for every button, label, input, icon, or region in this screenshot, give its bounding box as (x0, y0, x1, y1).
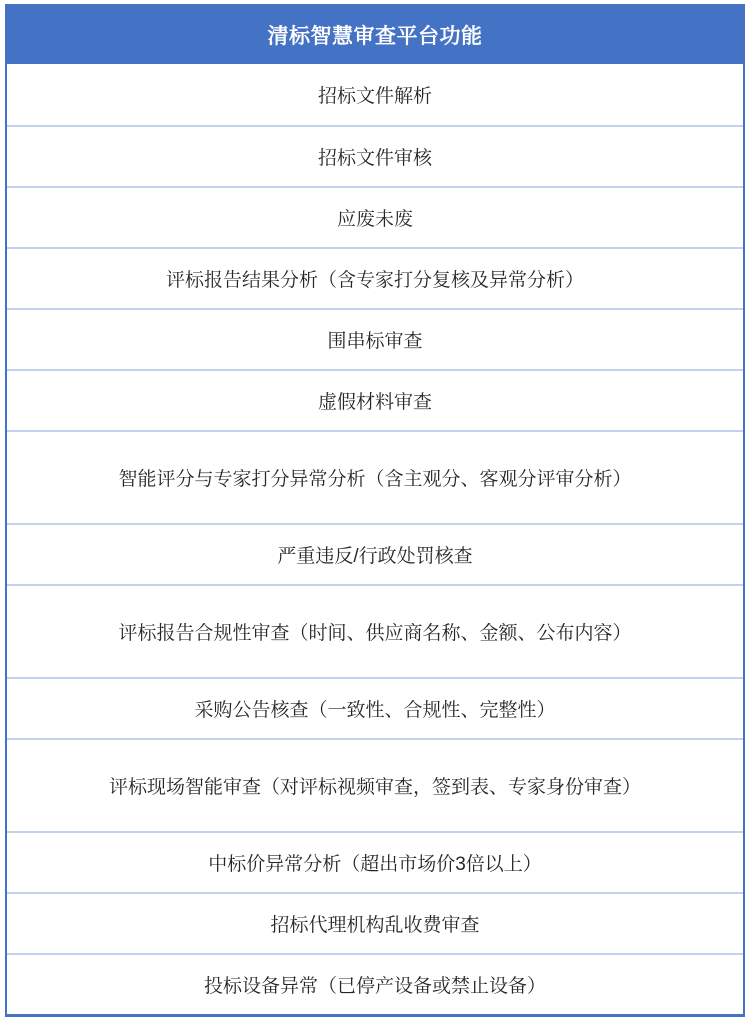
table-row: 评标现场智能审查（对评标视频审查，签到表、专家身份审查） (7, 738, 743, 831)
table-title: 清标智慧审查平台功能 (268, 20, 483, 50)
row-label: 招标文件审核 (318, 143, 432, 170)
row-label: 评标现场智能审查（对评标视频审查，签到表、专家身份审查） (109, 772, 641, 799)
table-row: 中标价异常分析（超出市场价3倍以上） (7, 831, 743, 892)
row-label: 投标设备异常（已停产设备或禁止设备） (204, 971, 546, 998)
table-row: 应废未废 (7, 186, 743, 247)
table-row: 投标设备异常（已停产设备或禁止设备） (7, 953, 743, 1014)
row-label: 评标报告结果分析（含专家打分复核及异常分析） (166, 265, 584, 292)
table-row: 评标报告合规性审查（时间、供应商名称、金额、公布内容） (7, 584, 743, 677)
row-label: 应废未废 (337, 204, 413, 231)
row-label: 围串标审查 (327, 326, 422, 353)
table-row: 智能评分与专家打分异常分析（含主观分、客观分评审分析） (7, 430, 743, 523)
row-label: 招标代理机构乱收费审查 (270, 910, 479, 937)
table-row: 评标报告结果分析（含专家打分复核及异常分析） (7, 247, 743, 308)
row-label: 严重违反/行政处罚核查 (277, 541, 472, 568)
table-row: 严重违反/行政处罚核查 (7, 523, 743, 584)
table-body: 招标文件解析 招标文件审核 应废未废 评标报告结果分析（含专家打分复核及异常分析… (7, 64, 743, 1014)
table-header: 清标智慧审查平台功能 (7, 6, 743, 64)
row-label: 虚假材料审查 (318, 387, 432, 414)
row-label: 招标文件解析 (318, 81, 432, 108)
table-row: 招标文件解析 (7, 64, 743, 125)
row-label: 评标报告合规性审查（时间、供应商名称、金额、公布内容） (118, 618, 631, 645)
row-label: 智能评分与专家打分异常分析（含主观分、客观分评审分析） (118, 464, 631, 491)
table-row: 围串标审查 (7, 308, 743, 369)
feature-table: 清标智慧审查平台功能 招标文件解析 招标文件审核 应废未废 评标报告结果分析（含… (5, 4, 745, 1017)
row-label: 采购公告核查（一致性、合规性、完整性） (194, 695, 555, 722)
row-label: 中标价异常分析（超出市场价3倍以上） (208, 849, 542, 876)
table-row: 招标代理机构乱收费审查 (7, 892, 743, 953)
table-row: 招标文件审核 (7, 125, 743, 186)
table-row: 虚假材料审查 (7, 369, 743, 430)
table-row: 采购公告核查（一致性、合规性、完整性） (7, 677, 743, 738)
